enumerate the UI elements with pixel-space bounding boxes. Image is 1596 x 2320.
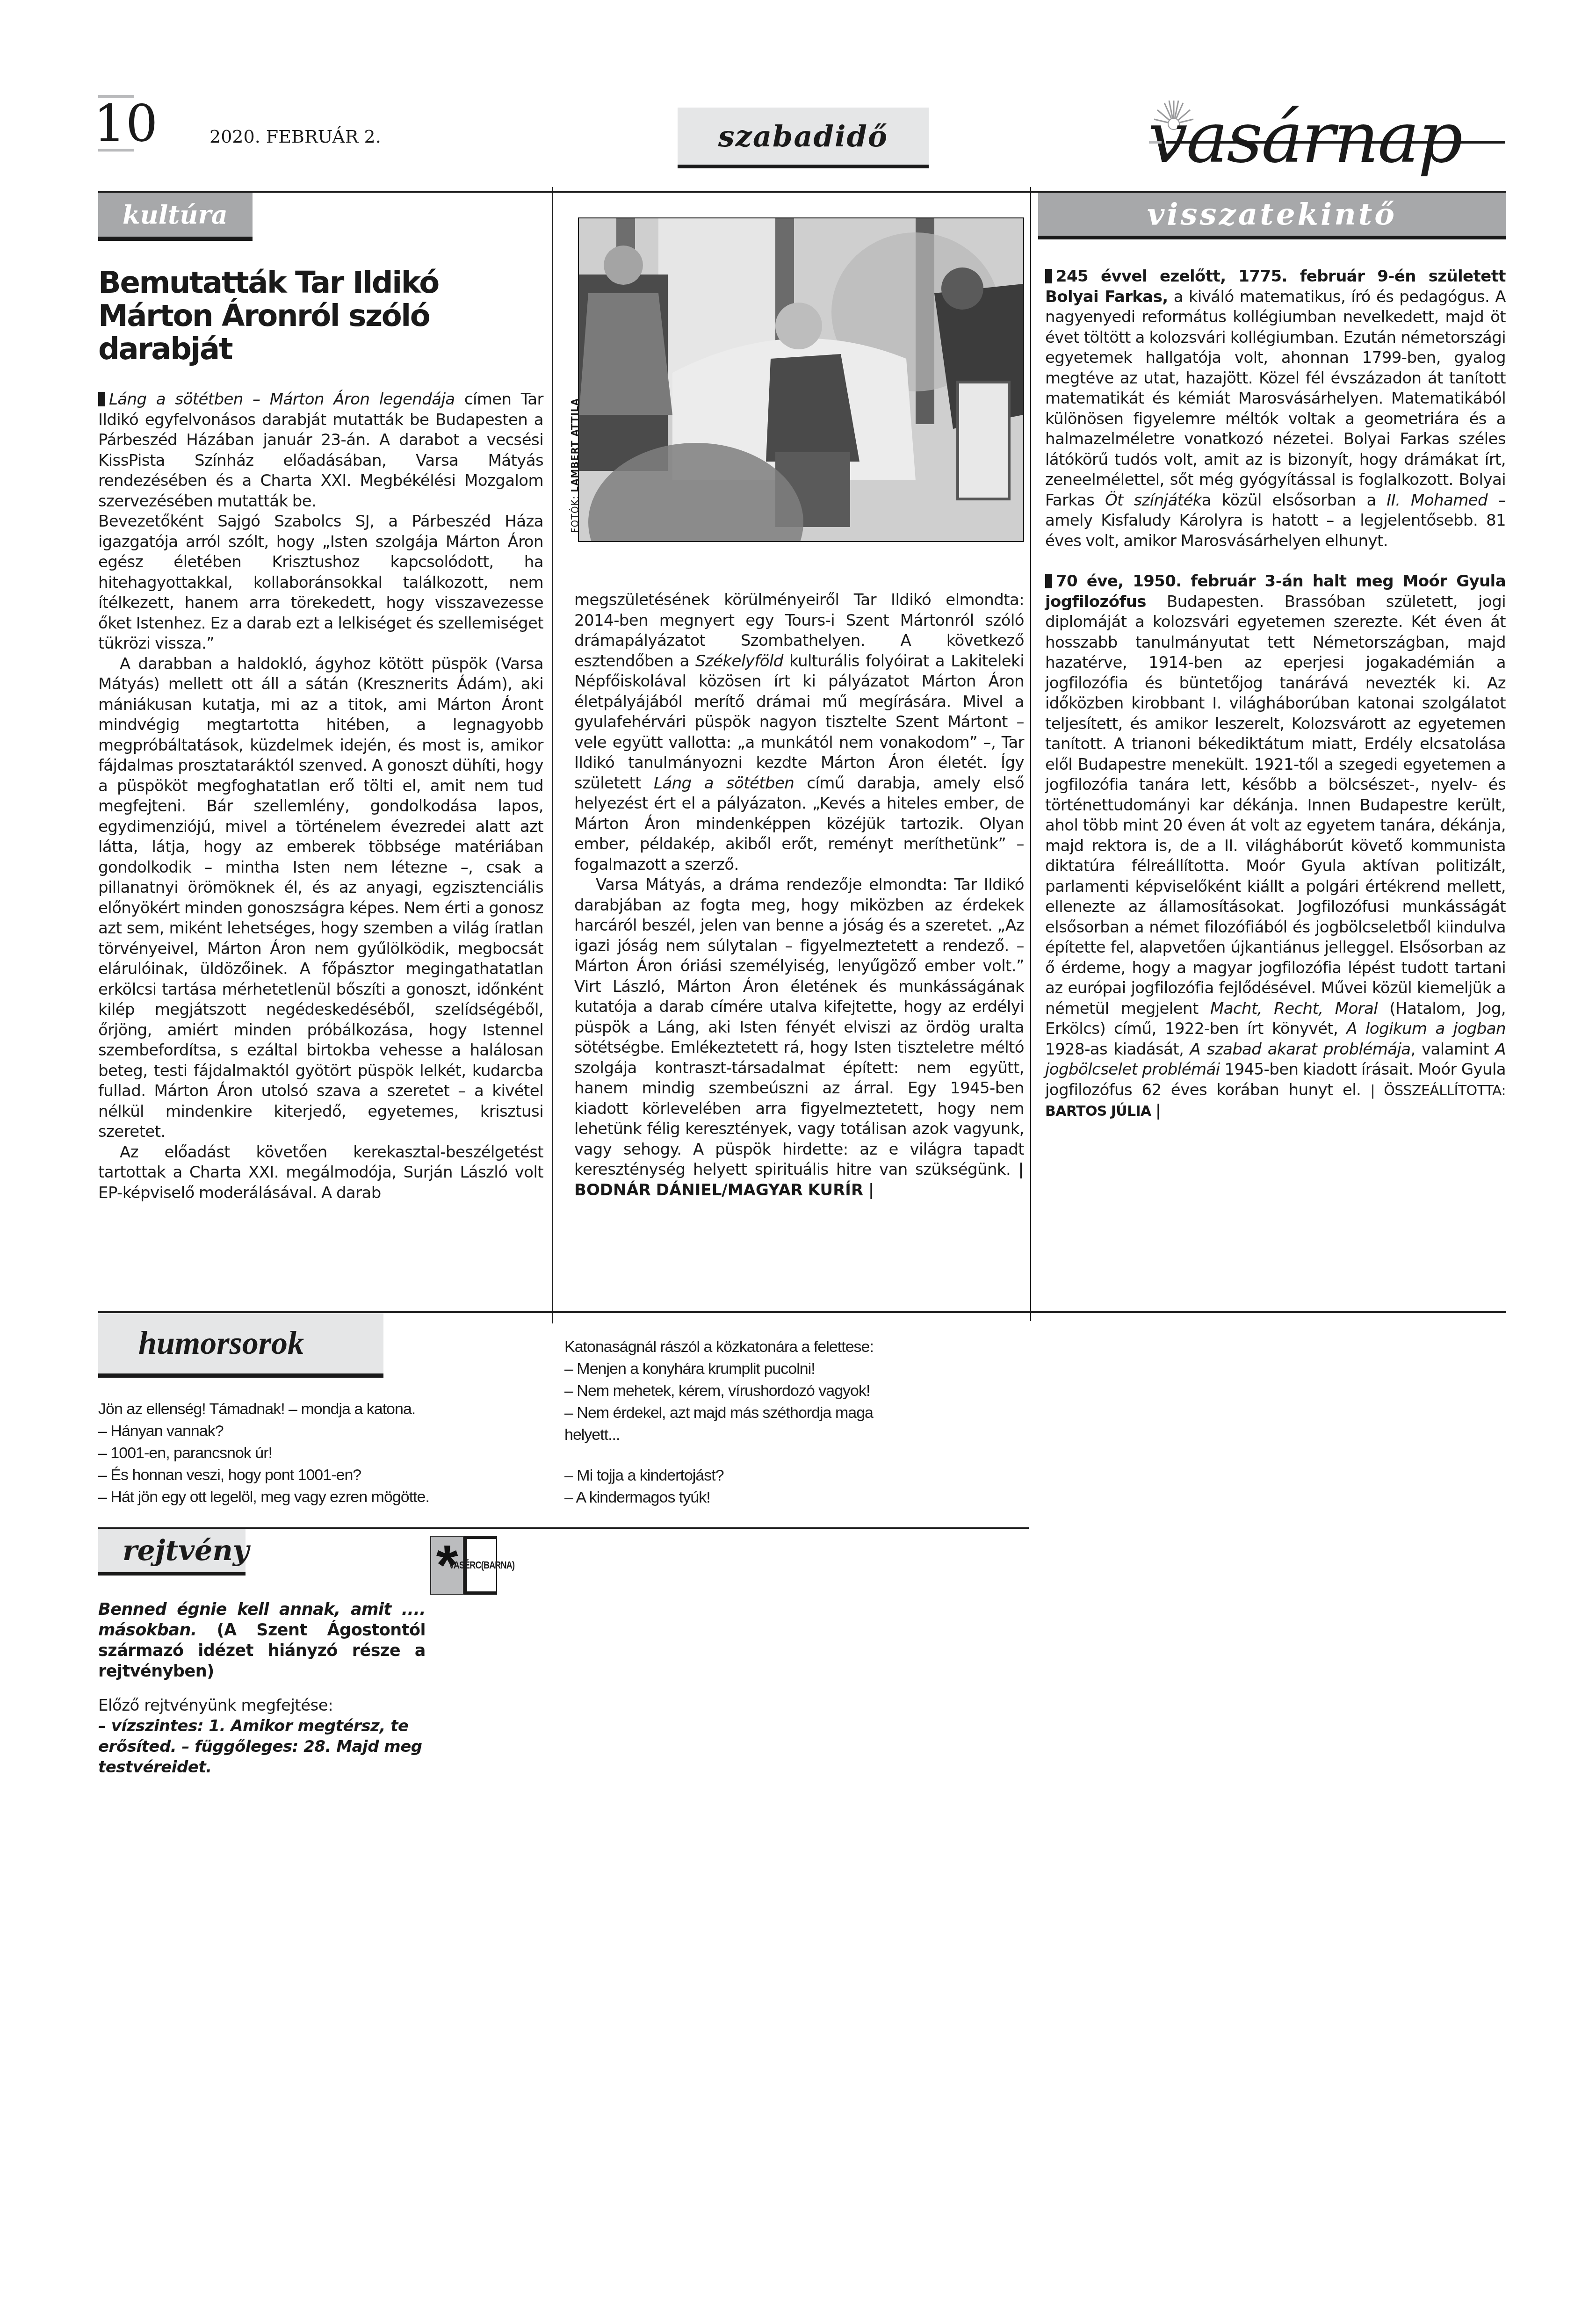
item-text: 1928-as kiadását, <box>1045 1040 1190 1059</box>
play-title: Láng a sötétben <box>654 774 794 793</box>
joke-line: – 1001-en, parancsnok úr! <box>98 1442 429 1464</box>
article-column-1: Láng a sötétben – Márton Áron legendája … <box>98 390 543 1203</box>
section-title: visszatekintő <box>1147 197 1397 232</box>
column-divider <box>552 187 553 1323</box>
item-text: , valamint <box>1411 1040 1495 1059</box>
joke-line: helyett... <box>564 1424 874 1446</box>
anniversary-item-bolyai: 245 évvel ezelőtt, 1775. február 9-én sz… <box>1045 267 1506 551</box>
play-title: Láng a sötétben – Márton Áron legendája <box>109 390 455 409</box>
work-title: Öt színjáték <box>1105 491 1202 510</box>
byline-end: | <box>1155 1101 1161 1120</box>
joke-line: – Mi tojja a kindertojást? <box>564 1465 724 1487</box>
column-divider <box>1030 187 1031 1321</box>
masthead-rule <box>1166 141 1505 144</box>
work-title: II. Mohamed <box>1387 491 1488 510</box>
anniversary-item-moor: 70 éve, 1950. február 3-án halt meg Moór… <box>1045 571 1506 1122</box>
paragraph-marker <box>1045 574 1052 588</box>
joke-line: – Hányan vannak? <box>98 1420 429 1442</box>
paragraph-marker <box>1045 269 1052 283</box>
article-photo <box>578 217 1024 542</box>
article-column-2: megszületésének körülményeiről Tar Ildik… <box>574 590 1024 1200</box>
joke-line: – Menjen a konyhára krumplit pucolni! <box>564 1358 874 1380</box>
puzzle-prompt: Benned égnie kell annak, amit .... mások… <box>98 1599 426 1682</box>
byline-label: | ÖSSZEÁLLÍTOTTA: <box>1371 1083 1506 1099</box>
previous-solution: Előző rejtvényünk megfejtése: – vízszint… <box>98 1695 426 1778</box>
section-header-humorsorok: humorsorok <box>98 1313 383 1378</box>
issue-date: 2020. FEBRUÁR 2. <box>209 126 381 147</box>
page-number: 10 <box>94 98 158 150</box>
byline-name: BARTOS JÚLIA <box>1045 1103 1151 1120</box>
page-number-bottom-rule <box>98 149 134 152</box>
section-header-kultura: kultúra <box>98 193 253 241</box>
joke-line: – És honnan veszi, hogy pont 1001-en? <box>98 1464 429 1486</box>
article-headline: Bemutatták Tar Ildikó Márton Áronról szó… <box>98 267 482 366</box>
section-title: kultúra <box>123 200 228 230</box>
stage-scene-photo <box>579 218 1023 541</box>
photo-credit-label: FOTÓK: <box>570 496 581 533</box>
section-title: szabadidő <box>718 119 888 153</box>
joke-line: – Nem mehetek, kérem, vírushordozó vagyo… <box>564 1380 874 1402</box>
item-text: Budapesten. Brassóban született, jogi di… <box>1045 593 1506 1018</box>
paragraph-text: Varsa Mátyás, a dráma rendezője elmondta… <box>574 875 1024 1179</box>
work-title: Macht, Recht, Moral <box>1210 999 1378 1018</box>
masthead-grey-rule <box>1149 141 1162 144</box>
previous-solution-label: Előző rejtvényünk megfejtése: <box>98 1695 426 1716</box>
paragraph-text: kulturális folyóirat a Lakiteleki Népfői… <box>574 652 1024 793</box>
joke-line: – Hát jön egy ott legelöl, meg vagy ezre… <box>98 1486 429 1508</box>
section-header-rejtveny: rejtvény <box>98 1529 246 1576</box>
paragraph-text: Az előadást követően kerekasztal-beszélg… <box>98 1142 543 1204</box>
work-title: A logikum a jogban <box>1346 1019 1506 1038</box>
photo-credit: FOTÓK: LAMBERT ATTILA <box>570 398 581 533</box>
previous-solution-text: – vízszintes: 1. Amikor megtérsz, te erő… <box>98 1716 426 1778</box>
joke-line: Katonaságnál rászól a közkatonára a fele… <box>564 1336 874 1358</box>
paragraph-text: Bevezetőként Sajgó Szabolcs SJ, a Párbes… <box>98 512 543 654</box>
item-text: a kiváló matematikus, író és pedagógus. … <box>1045 288 1506 510</box>
magazine-title: Székelyföld <box>695 652 783 671</box>
clue-vaserc: VASÉRC(BARNA) <box>464 1536 497 1595</box>
joke-line: – Nem érdekel, azt majd más széthordja m… <box>564 1402 874 1424</box>
joke-line: – A kindermagos tyúk! <box>564 1487 724 1509</box>
joke-line: Jön az ellenség! Támadnak! – mondja a ka… <box>98 1398 429 1420</box>
photographer-name: LAMBERT ATTILA <box>570 398 581 492</box>
joke-3: – Mi tojja a kindertojást? – A kindermag… <box>564 1465 724 1509</box>
anniversary-list: 245 évvel ezelőtt, 1775. február 9-én sz… <box>1045 267 1506 1122</box>
masthead-title: vasárnap <box>1148 103 1461 173</box>
joke-1: Jön az ellenség! Támadnak! – mondja a ka… <box>98 1398 429 1508</box>
work-title: A szabad akarat problémája <box>1190 1040 1411 1059</box>
item-text: a közül elsősorban a <box>1202 491 1387 510</box>
paragraph-text: A darabban a haldokló, ágyhoz kötött püs… <box>98 654 543 1142</box>
section-title: rejtvény <box>123 1534 249 1567</box>
paragraph-marker <box>98 392 105 406</box>
section-header-szabadido: szabadidő <box>678 108 929 168</box>
crossword-top-band: * VASÉRC(BARNA) <box>430 1536 1031 1653</box>
section-header-visszatekinto: visszatekintő <box>1038 193 1506 239</box>
section-title: humorsorok <box>138 1325 304 1362</box>
joke-2: Katonaságnál rászól a közkatonára a fele… <box>564 1336 874 1446</box>
